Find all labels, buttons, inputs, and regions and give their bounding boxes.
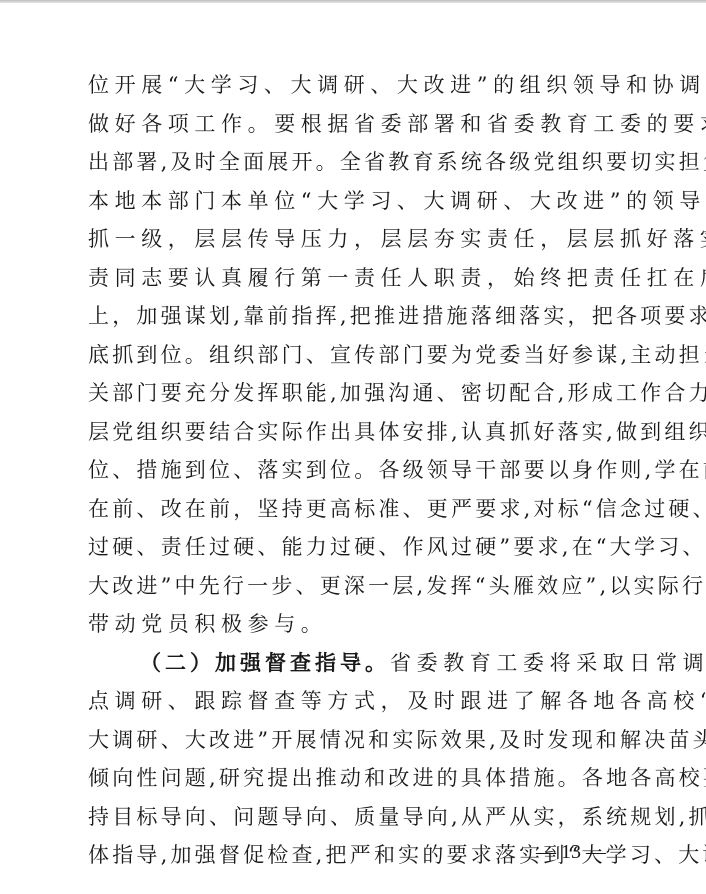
text-line: 关部门要充分发挥职能,加强沟通、密切配合,形成工作合力。基 xyxy=(88,374,628,413)
text-line: 位开展“大学习、大调研、大改进”的组织领导和协调指导，扎实 xyxy=(88,66,628,105)
text-line: 底抓到位。组织部门、宣传部门要为党委当好参谋,主动担当；有 xyxy=(88,336,628,375)
section-2-heading: （二）加强督查指导。 xyxy=(140,650,390,675)
text-line: 倾向性问题,研究提出推动和改进的具体措施。各地各高校要坚 xyxy=(88,759,628,798)
text-line: 出部署,及时全面展开。全省教育系统各级党组织要切实担负起对 xyxy=(88,143,628,182)
text-line: 大调研、大改进”开展情况和实际效果,及时发现和解决苗头性、 xyxy=(88,721,628,760)
text-line: 带动党员积极参与。 xyxy=(88,605,628,644)
page-number: — 13 — xyxy=(536,838,606,866)
text-line: 本地本部门本单位“大学习、大调研、大改进”的领导责任，一级 xyxy=(88,182,628,221)
text-line: 责同志要认真履行第一责任人职责，始终把责任扛在肩上抓住手 xyxy=(88,259,628,298)
text-line: 在前、改在前，坚持更高标准、更严要求,对标“信念过硬、政治 xyxy=(88,490,628,529)
text-line: 位、措施到位、落实到位。各级领导干部要以身作则,学在前、干 xyxy=(88,451,628,490)
paragraph-leadership-responsibility: 位开展“大学习、大调研、大改进”的组织领导和协调指导，扎实 做好各项工作。要根据… xyxy=(88,66,628,644)
text-line: 大改进”中先行一步、更深一层,发挥“头雁效应”,以实际行动示范 xyxy=(88,567,628,606)
text-line: 层党组织要结合实际作出具体安排,认真抓好落实,做到组织到 xyxy=(88,413,628,452)
text-line: 上，加强谋划,靠前指挥,把推进措施落细落实，把各项要求抓到 xyxy=(88,297,628,336)
section-2-first-line-text: 省委教育工委将采取日常调度、重 xyxy=(390,651,706,675)
document-body: 位开展“大学习、大调研、大改进”的组织领导和协调指导，扎实 做好各项工作。要根据… xyxy=(88,66,628,875)
section-2-first-line: （二）加强督查指导。省委教育工委将采取日常调度、重 xyxy=(88,644,628,683)
text-line: 做好各项工作。要根据省委部署和省委教育工委的要求，抓紧作 xyxy=(88,105,628,144)
text-line: 抓一级，层层传导压力，层层夯实责任，层层抓好落实。主要负 xyxy=(88,220,628,259)
text-line: 过硬、责任过硬、能力过硬、作风过硬”要求,在“大学习、大调研、 xyxy=(88,528,628,567)
page-top-edge xyxy=(0,0,706,3)
text-line: 点调研、跟踪督查等方式，及时跟进了解各地各高校“大学习、 xyxy=(88,682,628,721)
text-line: 持目标导向、问题导向、质量导向,从严从实，系统规划,抓好具 xyxy=(88,798,628,837)
